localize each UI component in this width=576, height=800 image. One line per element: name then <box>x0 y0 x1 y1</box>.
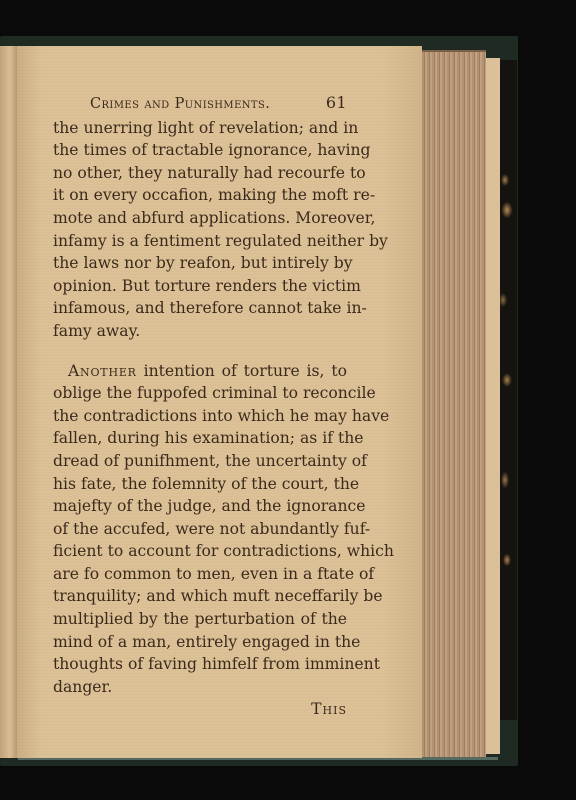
marbled-board-edge <box>497 60 517 720</box>
text-line: thoughts of faving himfelf from imminent <box>53 653 347 676</box>
text-line: are fo common to men, even in a ftate of <box>53 563 347 586</box>
text-line: opinion. But torture renders the victim <box>53 275 347 298</box>
running-head-title: Crimes and Punishments. <box>90 93 270 116</box>
text-line: mind of a man, entirely engaged in the <box>53 631 347 654</box>
text-line: infamy is a fentiment regulated neither … <box>53 230 347 253</box>
paragraph-1: the unerring light of revelation; and in… <box>53 117 347 343</box>
lead-word: Another <box>68 362 137 380</box>
text-line: the times of tractable ignorance, having <box>53 139 347 162</box>
text-line-first: Another intention of torture is, to <box>53 360 347 383</box>
text-line: no other, they naturally had recourfe to <box>53 162 347 185</box>
text-line: oblige the fuppofed criminal to reconcil… <box>53 382 347 405</box>
text-line: it on every occafion, making the moft re… <box>53 184 347 207</box>
running-head: Crimes and Punishments. 61 <box>53 92 347 116</box>
catchword: This <box>53 698 347 721</box>
text-line: danger. <box>53 676 347 699</box>
flyleaf <box>486 58 500 754</box>
text-line: fallen, during his examination; as if th… <box>53 427 347 450</box>
paragraph-gap <box>53 343 347 360</box>
page-number: 61 <box>326 92 347 115</box>
first-line-rest: intention of torture is, to <box>144 362 347 380</box>
text-line: mote and abfurd applications. Moreover, <box>53 207 347 230</box>
text-line: the laws nor by reafon, but intirely by <box>53 252 347 275</box>
paragraph-2: Another intention of torture is, to obli… <box>53 360 347 699</box>
text-line: dread of punifhment, the uncertainty of <box>53 450 347 473</box>
text-line: the unerring light of revelation; and in <box>53 117 347 140</box>
text-line: famy away. <box>53 320 347 343</box>
page-stack-edge <box>422 50 486 758</box>
text-line: his fate, the folemnity of the court, th… <box>53 473 347 496</box>
text-line: the contradictions into which he may hav… <box>53 405 347 428</box>
left-page-edge <box>0 46 18 758</box>
text-line: infamous, and therefore cannot take in- <box>53 297 347 320</box>
text-line: ficient to account for contradictions, w… <box>53 540 347 563</box>
page-text: Crimes and Punishments. 61 the unerring … <box>53 92 347 721</box>
text-line: of the accufed, were not abundantly fuf- <box>53 518 347 541</box>
text-line: tranquility; and which muft neceffarily … <box>53 585 347 608</box>
text-line: majefty of the judge, and the ignorance <box>53 495 347 518</box>
text-line: multiplied by the perturbation of the <box>53 608 347 631</box>
